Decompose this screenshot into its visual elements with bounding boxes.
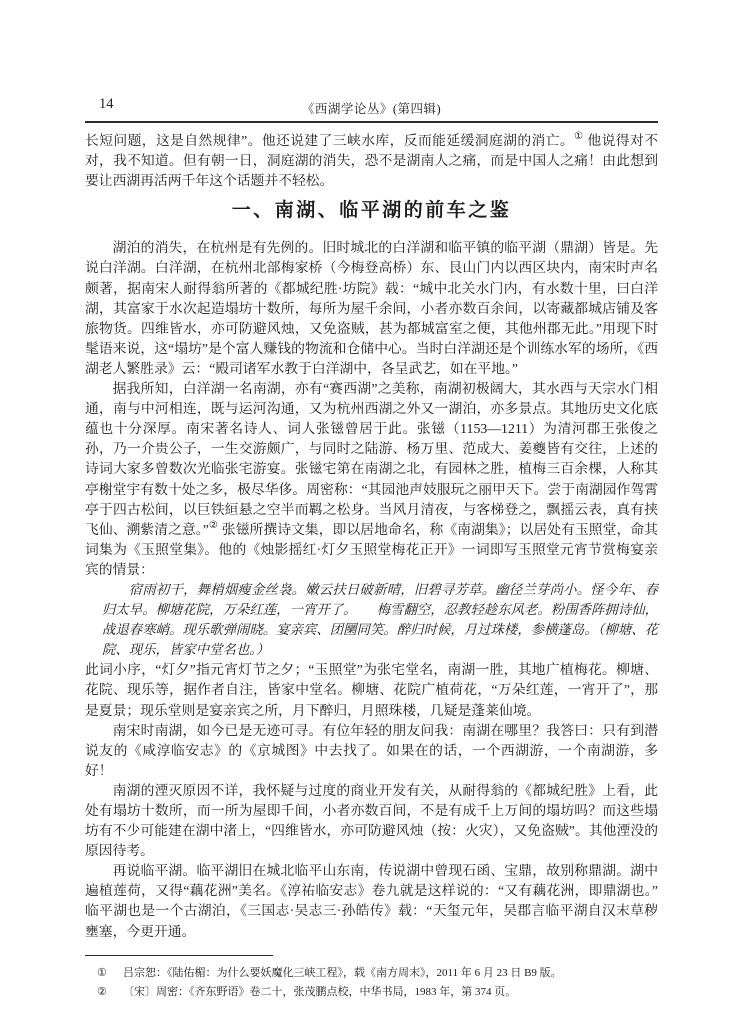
paragraph-baiyang-lake: 湖泊的消失，在杭州是有先例的。旧时城北的白洋湖和临平镇的临平湖（鼎湖）皆是。先说… — [85, 238, 658, 379]
page-body: 长短问题，这是自然规律”。他还说建了三峡水库，反而能延缓洞庭湖的消亡。①他说得对… — [85, 131, 658, 1003]
footnote-marker: ① — [97, 964, 123, 984]
footnote-marker: ② — [97, 983, 123, 1003]
footnote-area: ① 吕宗恕：《陆佑楣：为什么要妖魔化三峡工程》，载《南方周末》，2011 年 6… — [85, 955, 658, 1003]
footnote-item: ① 吕宗恕：《陆佑楣：为什么要妖魔化三峡工程》，载《南方周末》，2011 年 6… — [85, 964, 658, 984]
footnote-item: ② 〔宋〕周密：《齐东野语》卷二十，张茂鹏点校，中华书局，1983 年，第 37… — [85, 983, 658, 1003]
nanhu-text-1: 据我所知，白洋湖一名南湖，亦有“赛西湖”之美称，南湖初极阔大，其水西与天宗水门相… — [85, 381, 658, 537]
poem-block: 宿雨初干，舞梢烟瘦金丝袅。嫩云扶日破新晴，旧碧寻芳草。幽径兰芽尚小。怪今年、春归… — [102, 580, 658, 660]
document-page: 14 《西湖学论丛》(第四辑) 长短问题，这是自然规律”。他还说建了三峡水库，反… — [0, 0, 742, 1014]
section-title: 一、南湖、临平湖的前车之鉴 — [85, 201, 658, 221]
paragraph-nanhu-disappearance: 南湖的湮灭原因不详，我怀疑与过度的商业开发有关，从耐得翁的《都城纪胜》上看，此处… — [85, 781, 658, 861]
paragraph-poem-commentary: 此词小序，“灯夕”指元宵灯节之夕；“玉照堂”为张宅堂名，南湖一胜，其地广植梅花。… — [85, 660, 658, 720]
paragraph-nanhu-history: 据我所知，白洋湖一名南湖，亦有“赛西湖”之美称，南湖初极阔大，其水西与天宗水门相… — [85, 379, 658, 580]
footnote-text: 吕宗恕：《陆佑楣：为什么要妖魔化三峡工程》，载《南方周末》，2011 年 6 月… — [123, 964, 658, 984]
footnote-divider — [85, 955, 273, 956]
running-header: 14 《西湖学论丛》(第四辑) — [85, 94, 658, 123]
paragraph-intro: 长短问题，这是自然规律”。他还说建了三峡水库，反而能延缓洞庭湖的消亡。①他说得对… — [85, 131, 658, 191]
paragraph-linping-lake: 再说临平湖。临平湖旧在城北临平山东南，传说湖中曾现石函、宝鼎，故别称鼎湖。湖中遍… — [85, 861, 658, 941]
paragraph-nanhu-today: 南宋时南湖，如今已是无迹可寻。有位年轻的朋友问我：南湖在哪里？我答曰：只有到潜说… — [85, 721, 658, 781]
footnote-ref-2: ② — [209, 520, 218, 531]
intro-text-1: 长短问题，这是自然规律”。他还说建了三峡水库，反而能延缓洞庭湖的消亡。 — [85, 133, 574, 148]
footnote-text: 〔宋〕周密：《齐东野语》卷二十，张茂鹏点校，中华书局，1983 年，第 374 … — [123, 983, 658, 1003]
journal-title: 《西湖学论丛》(第四辑) — [85, 99, 658, 117]
footnote-ref-1: ① — [574, 131, 583, 142]
